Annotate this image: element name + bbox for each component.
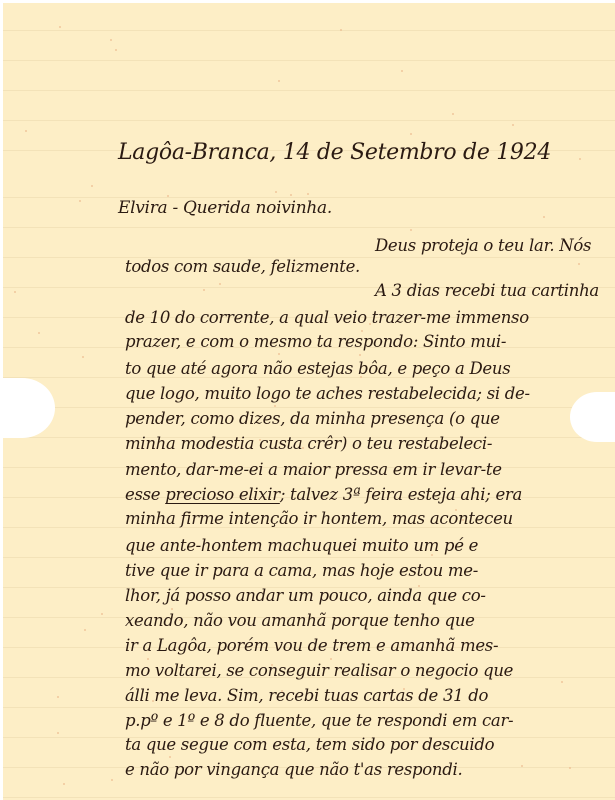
paper-speck [219,283,221,285]
paper-speck [79,200,81,202]
paper-speck [274,405,276,407]
letter-line: Deus proteja o teu lar. Nós [375,236,591,255]
letter-line: ta que segue com esta, tem sido por desc… [125,735,494,754]
paper-speck [290,194,292,196]
paper-speck [410,229,412,231]
paper-speck [410,133,412,135]
paper-speck [452,113,454,115]
letter-line: que ante-hontem machuquei muito um pé e [125,536,478,555]
letter-line: e não por vingança que não t'as respondi… [125,760,462,779]
paper-speck [278,80,280,82]
letter-text: ; talvez 3ª feira esteja ahi; era [280,485,522,504]
paper-speck [110,39,112,41]
letter-text: esse [125,485,165,504]
paper-speck [543,216,545,218]
letter-line: xeando, não vou amanhã porque tenho que [125,611,475,630]
letter-line: A 3 dias recebi tua cartinha [375,281,599,300]
paper-speck [278,353,280,355]
paper-speck [38,332,40,334]
paper-speck [63,783,65,785]
letter-line: esse precioso elixir; talvez 3ª feira es… [125,485,522,504]
underlined-phrase: precioso elixir [165,485,280,504]
paper-speck [521,765,523,767]
paper-speck [359,354,361,356]
paper-speck [401,70,403,72]
letter-line: que logo, muito logo te aches restabelec… [125,384,530,403]
paper-speck [101,613,103,615]
letter-line: to que até agora não estejas bôa, e peço… [125,359,510,378]
paper-speck [14,291,16,293]
paper-speck [25,130,27,132]
letter-line: minha modestia custa crêr) o teu restabe… [125,434,492,453]
paper-speck [59,26,61,28]
letter-line: pender, como dizes, da minha presença (o… [125,409,500,428]
paper-speck [203,289,205,291]
paper-speck [340,29,342,31]
letter-line: de 10 do corrente, a qual veio trazer-me… [125,308,529,327]
paper-speck [561,681,563,683]
paper-speck [147,658,149,660]
letter-line: mento, dar-me-ei a maior pressa em ir le… [125,460,502,479]
paper-speck [91,185,93,187]
paper-speck [569,767,571,769]
paper-speck [512,124,514,126]
torn-notch-right [570,392,615,442]
paper-speck [115,49,117,51]
letter-line: mo voltarei, se conseguir realisar o neg… [125,661,513,680]
letter-line: todos com saude, felizmente. [125,257,360,276]
paper-speck [82,356,84,358]
paper-speck [57,732,59,734]
paper-speck [579,158,581,160]
paper-speck [169,756,171,758]
letter-line: minha firme intenção ir hontem, mas acon… [125,509,513,528]
paper-speck [171,608,173,610]
paper-speck [111,779,113,781]
paper-speck [167,195,169,197]
letter-line: álli me leva. Sim, recebi tuas cartas de… [125,686,488,705]
paper-speck [307,193,309,195]
letter-line: p.pº e 1º e 8 do fluente, que te respond… [125,711,513,730]
paper-speck [330,658,332,660]
paper-speck [275,191,277,193]
letter-line: tive que ir para a cama, mas hoje estou … [125,561,478,580]
letter-line: prazer, e com o mesmo ta respondo: Sinto… [125,332,506,351]
letter-line: ir a Lagôa, porém vou de trem e amanhã m… [125,636,498,655]
paper-speck [578,263,580,265]
paper-speck [57,696,59,698]
letter-line: lhor, já posso andar um pouco, ainda que… [125,586,486,605]
letter-salutation: Elvira - Querida noivinha. [118,198,332,218]
paper-speck [84,629,86,631]
letter-heading-place-date: Lagôa-Branca, 14 de Setembro de 1924 [118,140,551,165]
